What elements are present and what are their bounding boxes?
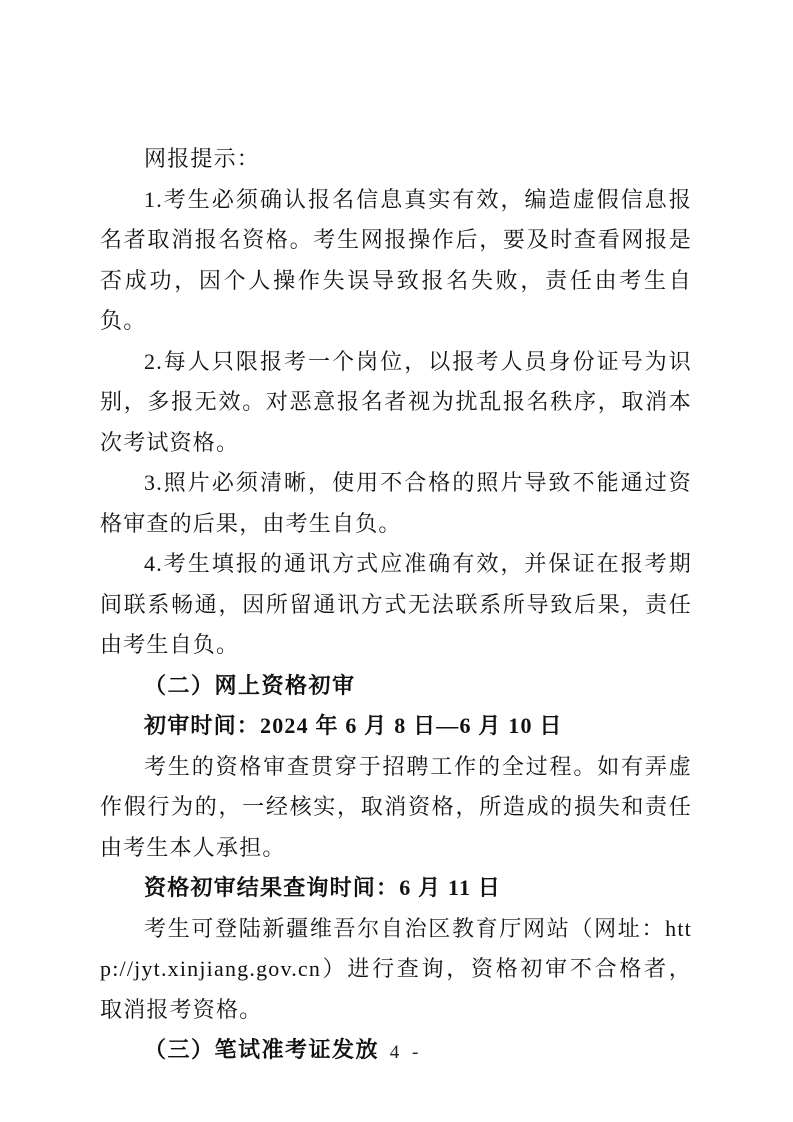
paragraph-query-website: 考生可登陆新疆维吾尔自治区教育厅网站（网址：http://jyt.xinjian… bbox=[100, 909, 692, 1031]
paragraph-tip-2: 2.每人只限报考一个岗位，以报考人员身份证号为识别，多报无效。对恶意报名者视为扰… bbox=[100, 342, 692, 464]
document-page: 网报提示： 1.考生必须确认报名信息真实有效，编造虚假信息报名者取消报名资格。考… bbox=[0, 0, 793, 1122]
paragraph-tip-4: 4.考生填报的通讯方式应准确有效，并保证在报考期间联系畅通，因所留通讯方式无法联… bbox=[100, 544, 692, 666]
section-heading-online-qualification-review: （二）网上资格初审 bbox=[100, 666, 692, 707]
paragraph-tip-3: 3.照片必须清晰，使用不合格的照片导致不能通过资格审查的后果，由考生自负。 bbox=[100, 463, 692, 544]
paragraph-tip-title: 网报提示： bbox=[100, 139, 692, 180]
review-result-query-time-line: 资格初审结果查询时间：6 月 11 日 bbox=[100, 868, 692, 909]
page-number: - 4 - bbox=[0, 1042, 793, 1064]
review-time-line: 初审时间：2024 年 6 月 8 日—6 月 10 日 bbox=[100, 706, 692, 747]
document-body: 网报提示： 1.考生必须确认报名信息真实有效，编造虚假信息报名者取消报名资格。考… bbox=[100, 139, 692, 1071]
paragraph-tip-1: 1.考生必须确认报名信息真实有效，编造虚假信息报名者取消报名资格。考生网报操作后… bbox=[100, 180, 692, 342]
paragraph-review-note: 考生的资格审查贯穿于招聘工作的全过程。如有弄虚作假行为的，一经核实，取消资格，所… bbox=[100, 747, 692, 869]
